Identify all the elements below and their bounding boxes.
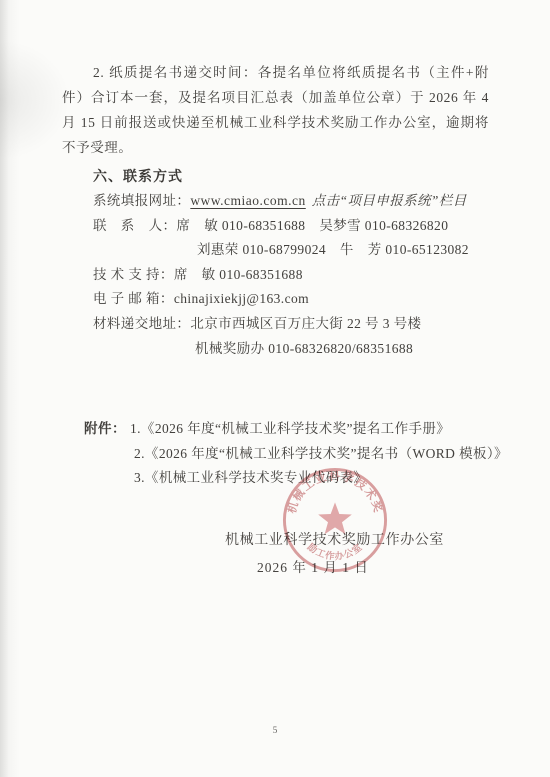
website-url: www.cmiao.com.cn xyxy=(190,193,305,208)
scan-smudge xyxy=(0,40,70,160)
submission-paragraph: 2. 纸质提名书递交时间：各提名单位将纸质提名书（主件+附件）合订本一套，及提名… xyxy=(62,60,489,160)
scan-shadow-left xyxy=(0,0,20,777)
address-line-1: 材料递交地址：北京市西城区百万庄大街 22 号 3 号楼 xyxy=(93,312,489,337)
website-label: 系统填报网址： xyxy=(93,193,190,208)
email-label: 电 子 邮 箱： xyxy=(93,291,174,306)
contacts-value-1: 席 敏 010-68351688 吴梦雪 010-68326820 xyxy=(176,218,448,233)
tech-support-value: 席 敏 010-68351688 xyxy=(174,267,303,282)
email-line: 电 子 邮 箱：chinajixiekjj@163.com xyxy=(93,287,489,312)
attachment-line-2: 2.《2026 年度“机械工业科学技术奖”提名书（WORD 模板）》 xyxy=(134,442,489,467)
attachment-item-2: 2.《2026 年度“机械工业科学技术奖”提名书（WORD 模板）》 xyxy=(134,446,508,461)
tech-support-line: 技 术 支 持：席 敏 010-68351688 xyxy=(93,263,489,288)
contacts-line-1: 联 系 人：席 敏 010-68351688 吴梦雪 010-68326820 xyxy=(93,214,489,239)
email-value: chinajixiekjj@163.com xyxy=(174,291,309,306)
section-heading-contact: 六、联系方式 xyxy=(93,164,489,189)
signature-organization: 机械工业科学技术奖励工作办公室 xyxy=(225,529,444,549)
attachment-line-3: 3.《机械工业科学技术奖专业代码表》 xyxy=(134,466,489,491)
attachment-item-1: 1.《2026 年度“机械工业科学技术奖”提名工作手册》 xyxy=(130,421,450,436)
contacts-value-2: 刘惠荣 010-68799024 牛 芳 010-65123082 xyxy=(197,242,469,257)
address-label: 材料递交地址： xyxy=(93,316,190,331)
signature-date: 2026 年 1 月 1 日 xyxy=(257,556,369,576)
address-line-2: 机械奖励办 010-68326820/68351688 xyxy=(195,337,489,362)
website-line: 系统填报网址：www.cmiao.com.cn点击“项目申报系统”栏目 xyxy=(93,189,489,214)
document-content: 2. 纸质提名书递交时间：各提名单位将纸质提名书（主件+附件）合订本一套，及提名… xyxy=(62,60,489,491)
contacts-label: 联 系 人： xyxy=(93,218,176,233)
website-note: 点击“项目申报系统”栏目 xyxy=(312,193,467,208)
contacts-line-2: 刘惠荣 010-68799024 牛 芳 010-65123082 xyxy=(197,238,489,263)
attachment-line-1: 附件：1.《2026 年度“机械工业科学技术奖”提名工作手册》 xyxy=(84,417,489,442)
attachments-label: 附件： xyxy=(84,421,126,436)
tech-support-label: 技 术 支 持： xyxy=(93,267,174,282)
attachment-item-3: 3.《机械工业科学技术奖专业代码表》 xyxy=(134,470,367,485)
page-number: 5 xyxy=(0,726,550,736)
document-page: 2. 纸质提名书递交时间：各提名单位将纸质提名书（主件+附件）合订本一套，及提名… xyxy=(0,0,550,777)
contact-section: 系统填报网址：www.cmiao.com.cn点击“项目申报系统”栏目 联 系 … xyxy=(93,189,489,361)
address-value-2: 机械奖励办 010-68326820/68351688 xyxy=(195,341,413,356)
attachments-section: 附件：1.《2026 年度“机械工业科学技术奖”提名工作手册》 2.《2026 … xyxy=(84,417,489,491)
address-value: 北京市西城区百万庄大街 22 号 3 号楼 xyxy=(190,316,421,331)
